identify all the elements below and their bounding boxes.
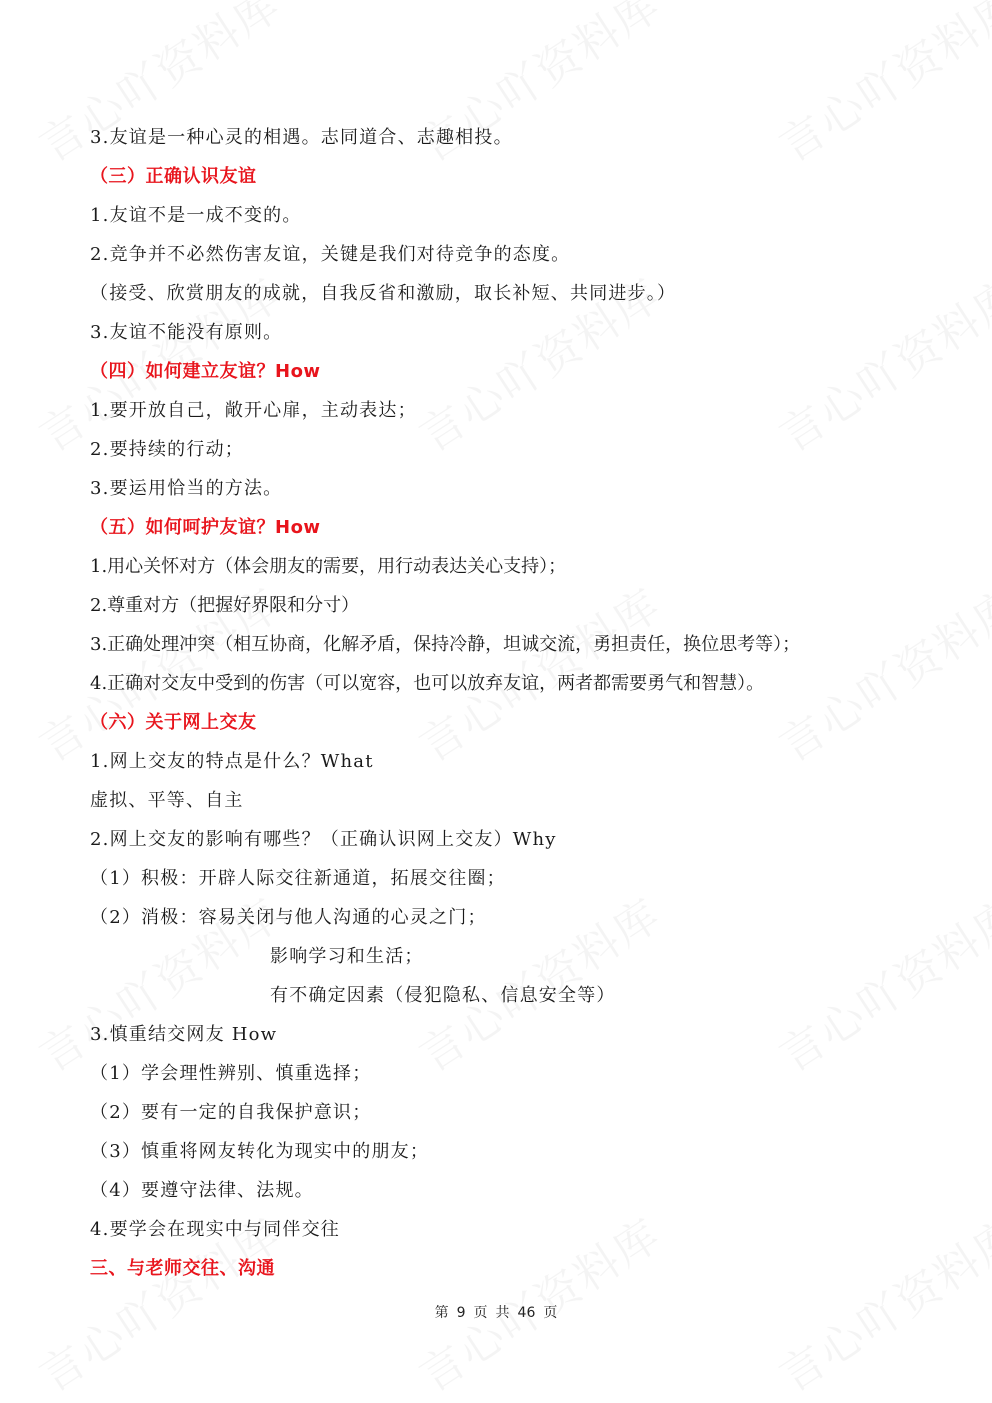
list-item: 3.友谊是一种心灵的相遇。志同道合、志趣相投。 — [90, 118, 920, 157]
list-item: 2.要持续的行动； — [90, 430, 920, 469]
note-text: （接受、欣赏朋友的成就，自我反省和激励，取长补短、共同进步。） — [90, 274, 920, 313]
list-item: 2.竞争并不必然伤害友谊，关键是我们对待竞争的态度。 — [90, 235, 920, 274]
footer-suffix: 页 — [543, 1305, 557, 1321]
list-item: 4.正确对交友中受到的伤害（可以宽容，也可以放弃友谊，两者都需要勇气和智慧）。 — [90, 664, 920, 703]
page-footer: 第9页共46页 — [0, 1302, 992, 1322]
list-item: 2.网上交友的影响有哪些？（正确认识网上交友）Why — [90, 820, 920, 859]
list-item: 3.友谊不能没有原则。 — [90, 313, 920, 352]
list-item: 3.要运用恰当的方法。 — [90, 469, 920, 508]
sub-item: （2）要有一定的自我保护意识； — [90, 1093, 920, 1132]
list-item: 1.网上交友的特点是什么？What — [90, 742, 920, 781]
total-pages-number: 46 — [518, 1305, 536, 1321]
document-body: 3.友谊是一种心灵的相遇。志同道合、志趣相投。 （三）正确认识友谊 1.友谊不是… — [90, 118, 920, 1288]
sub-item-continuation: 有不确定因素（侵犯隐私、信息安全等） — [90, 976, 920, 1015]
sub-item: （1）积极：开辟人际交往新通道，拓展交往圈； — [90, 859, 920, 898]
section-heading: （三）正确认识友谊 — [90, 157, 920, 196]
list-item: 2.尊重对方（把握好界限和分寸） — [90, 586, 920, 625]
sub-item: （4）要遵守法律、法规。 — [90, 1171, 920, 1210]
section-heading: （四）如何建立友谊？How — [90, 352, 920, 391]
footer-prefix: 第 — [435, 1305, 449, 1321]
sub-item: （1）学会理性辨别、慎重选择； — [90, 1054, 920, 1093]
section-heading: （六）关于网上交友 — [90, 703, 920, 742]
list-item: 1.用心关怀对方（体会朋友的需要，用行动表达关心支持）； — [90, 547, 920, 586]
sub-item: （3）慎重将网友转化为现实中的朋友； — [90, 1132, 920, 1171]
sub-item-continuation: 影响学习和生活； — [90, 937, 920, 976]
list-item: 3.正确处理冲突（相互协商，化解矛盾，保持冷静，坦诚交流，勇担责任，换位思考等）… — [90, 625, 920, 664]
current-page-number: 9 — [457, 1305, 466, 1321]
footer-page-word: 页 — [474, 1305, 488, 1321]
list-item: 4.要学会在现实中与同伴交往 — [90, 1210, 920, 1249]
list-item: 3.慎重结交网友 How — [90, 1015, 920, 1054]
list-item: 1.友谊不是一成不变的。 — [90, 196, 920, 235]
list-item: 1.要开放自己，敞开心扉，主动表达； — [90, 391, 920, 430]
section-heading: （五）如何呵护友谊？How — [90, 508, 920, 547]
sub-item: （2）消极：容易关闭与他人沟通的心灵之门； — [90, 898, 920, 937]
answer-text: 虚拟、平等、自主 — [90, 781, 920, 820]
chapter-heading: 三、与老师交往、沟通 — [90, 1249, 920, 1288]
footer-total-word: 共 — [496, 1305, 510, 1321]
